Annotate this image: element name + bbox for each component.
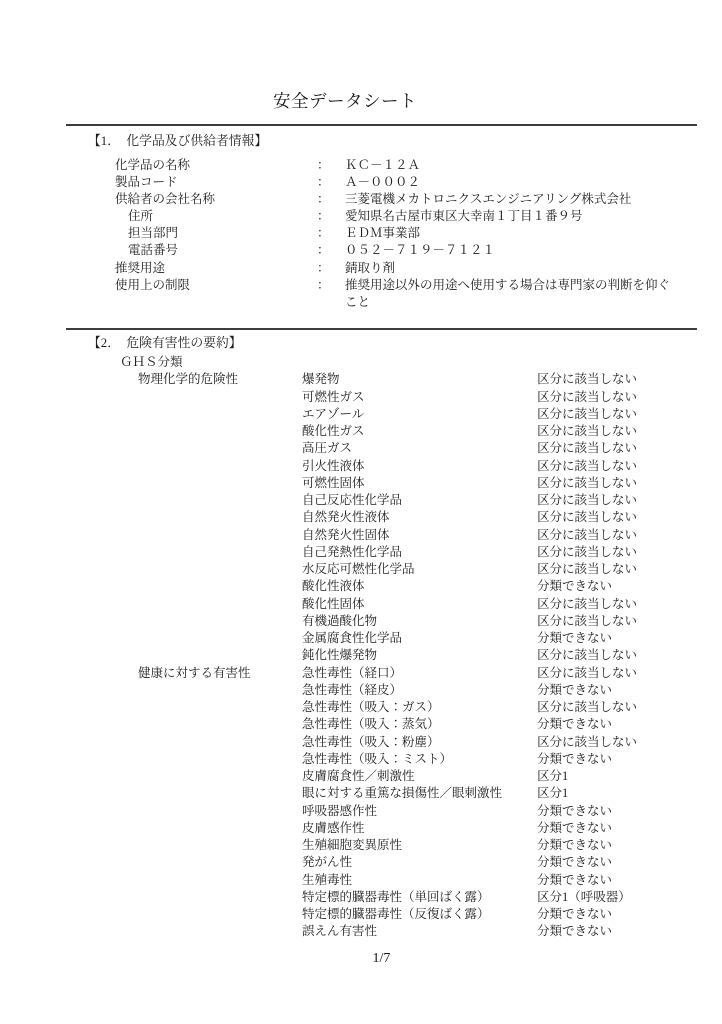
hazard-group-label: [66, 509, 302, 526]
hazard-group-label: [66, 561, 302, 578]
hazard-group-label: [66, 785, 302, 802]
hazard-classification: 区分に該当しない: [537, 699, 697, 716]
hazard-row: 高圧ガス区分に該当しない: [66, 440, 697, 457]
hazard-name: 酸化性固体: [302, 596, 537, 613]
hazard-classification: 区分に該当しない: [537, 389, 697, 406]
hazard-classification: 区分に該当しない: [537, 613, 697, 630]
hazard-classification: 分類できない: [537, 578, 697, 595]
hazard-classification: 区分に該当しない: [537, 423, 697, 440]
hazard-classification: 区分に該当しない: [537, 596, 697, 613]
hazard-classification: 分類できない: [537, 854, 697, 871]
hazard-classification: 区分1（呼吸器）: [537, 889, 697, 906]
document-title: 安全データシート: [0, 88, 690, 113]
info-row: 使用上の制限：推奨用途以外の用途へ使用する場合は専門家の判断を仰ぐ こと: [66, 277, 697, 311]
hazard-name: 呼吸器感作性: [302, 803, 537, 820]
hazard-group-label: [66, 492, 302, 509]
hazard-name: 可燃性ガス: [302, 389, 537, 406]
hazard-group-label: [66, 578, 302, 595]
hazard-classification: 区分に該当しない: [537, 371, 697, 388]
hazard-group-label: [66, 820, 302, 837]
hazard-classification: 区分に該当しない: [537, 665, 697, 682]
info-row: 電話番号：０５２－７１９－７１２１: [66, 242, 697, 259]
hazard-name: 引火性液体: [302, 458, 537, 475]
hazard-row: 生殖細胞変異原性分類できない: [66, 837, 697, 854]
hazard-name: 可燃性固体: [302, 475, 537, 492]
hazard-row: 皮膚腐食性／刺激性区分1: [66, 768, 697, 785]
info-row: 供給者の会社名称：三菱電機メカトロニクスエンジニアリング株式会社: [66, 191, 697, 208]
hazard-row: 自己発熱性化学品区分に該当しない: [66, 544, 697, 561]
hazard-classification: 分類できない: [537, 716, 697, 733]
colon-separator: ：: [317, 225, 345, 242]
hazard-classification: 区分に該当しない: [537, 544, 697, 561]
hazard-group-label: [66, 458, 302, 475]
hazard-classification: 分類できない: [537, 682, 697, 699]
hazard-row: 金属腐食性化学品分類できない: [66, 630, 697, 647]
hazard-group-label: [66, 423, 302, 440]
hazard-name: 急性毒性（吸入：ミスト）: [302, 751, 537, 768]
hazard-classification: 区分に該当しない: [537, 492, 697, 509]
hazard-name: 鈍化性爆発物: [302, 647, 537, 664]
field-value: 推奨用途以外の用途へ使用する場合は専門家の判断を仰ぐ こと: [345, 277, 697, 311]
hazard-row: 急性毒性（吸入：ガス）区分に該当しない: [66, 699, 697, 716]
hazard-name: 酸化性液体: [302, 578, 537, 595]
hazard-row: 自然発火性固体区分に該当しない: [66, 527, 697, 544]
hazard-name: 急性毒性（経口）: [302, 665, 537, 682]
hazard-row: 皮膚感作性分類できない: [66, 820, 697, 837]
field-label: 化学品の名称: [66, 157, 317, 174]
section-hazard-summary: 【2． 危険有害性の要約】 ＧＨＳ分類 物理化学的危険性爆発物区分に該当しない可…: [66, 335, 697, 941]
hazard-group-label: [66, 716, 302, 733]
hazard-classification: 区分に該当しない: [537, 440, 697, 457]
field-label: 住所: [66, 208, 317, 225]
hazard-classification: 分類できない: [537, 906, 697, 923]
hazard-row: 水反応可燃性化学品区分に該当しない: [66, 561, 697, 578]
hazard-classification: 分類できない: [537, 820, 697, 837]
hazard-group-label: [66, 630, 302, 647]
hazard-group-label: 健康に対する有害性: [66, 665, 302, 682]
info-row: 化学品の名称：ＫＣ－１２Ａ: [66, 157, 697, 174]
hazard-classification: 区分に該当しない: [537, 527, 697, 544]
hazard-name: 皮膚感作性: [302, 820, 537, 837]
hazard-row: 生殖毒性分類できない: [66, 872, 697, 889]
field-label: 使用上の制限: [66, 277, 317, 311]
hazard-row: 発がん性分類できない: [66, 854, 697, 871]
hazard-classification: 分類できない: [537, 803, 697, 820]
hazard-group-label: [66, 768, 302, 785]
field-label: 電話番号: [66, 242, 317, 259]
hazard-classification: 区分に該当しない: [537, 475, 697, 492]
hazard-row: 可燃性ガス区分に該当しない: [66, 389, 697, 406]
hazard-row: エアゾール区分に該当しない: [66, 406, 697, 423]
hazard-group-label: [66, 837, 302, 854]
hazard-row: 急性毒性（吸入：粉塵）区分に該当しない: [66, 734, 697, 751]
hazard-group-label: [66, 699, 302, 716]
field-value: ＫＣ－１２Ａ: [345, 157, 697, 174]
info-row: 住所：愛知県名古屋市東区大幸南１丁目１番９号: [66, 208, 697, 225]
hazard-classification: 区分1: [537, 785, 697, 802]
hazard-name: 急性毒性（吸入：粉塵）: [302, 734, 537, 751]
section-chemical-supplier-info: 【1． 化学品及び供給者情報】 化学品の名称：ＫＣ－１２Ａ製品コード：Ａ－０００…: [66, 133, 697, 311]
hazard-group-label: [66, 647, 302, 664]
hazard-name: 特定標的臓器毒性（反復ばく露）: [302, 906, 537, 923]
hazard-classification: 区分に該当しない: [537, 509, 697, 526]
hazard-classification: 分類できない: [537, 872, 697, 889]
hazard-row: 急性毒性（吸入：蒸気）分類できない: [66, 716, 697, 733]
hazard-row: 特定標的臓器毒性（単回ばく露）区分1（呼吸器）: [66, 889, 697, 906]
hazard-row: 有機過酸化物区分に該当しない: [66, 613, 697, 630]
hazard-group-label: [66, 923, 302, 940]
colon-separator: ：: [317, 191, 345, 208]
hazard-name: 自然発火性固体: [302, 527, 537, 544]
hazard-name: 酸化性ガス: [302, 423, 537, 440]
hazard-classification: 分類できない: [537, 751, 697, 768]
hazard-group-label: [66, 613, 302, 630]
field-value: 愛知県名古屋市東区大幸南１丁目１番９号: [345, 208, 697, 225]
hazard-row: 自然発火性液体区分に該当しない: [66, 509, 697, 526]
hazard-row: 急性毒性（吸入：ミスト）分類できない: [66, 751, 697, 768]
hazard-name: 高圧ガス: [302, 440, 537, 457]
hazard-group-label: [66, 803, 302, 820]
hazard-classification: 区分に該当しない: [537, 406, 697, 423]
hazard-row: 引火性液体区分に該当しない: [66, 458, 697, 475]
hazard-group-label: [66, 854, 302, 871]
hazard-row: 誤えん有害性分類できない: [66, 923, 697, 940]
page-number: 1/7: [66, 951, 697, 967]
field-label: 担当部門: [66, 225, 317, 242]
hazard-name: 急性毒性（経皮）: [302, 682, 537, 699]
hazard-name: 眼に対する重篤な損傷性／眼刺激性: [302, 785, 537, 802]
ghs-classification-table: 物理化学的危険性爆発物区分に該当しない可燃性ガス区分に該当しないエアゾール区分に…: [66, 371, 697, 940]
hazard-group-label: [66, 389, 302, 406]
hazard-name: 急性毒性（吸入：ガス）: [302, 699, 537, 716]
hazard-row: 鈍化性爆発物区分に該当しない: [66, 647, 697, 664]
hazard-row: 物理化学的危険性爆発物区分に該当しない: [66, 371, 697, 388]
hazard-group-label: [66, 527, 302, 544]
info-row: 推奨用途：錆取り剤: [66, 260, 697, 277]
hazard-row: 健康に対する有害性急性毒性（経口）区分に該当しない: [66, 665, 697, 682]
hazard-classification: 分類できない: [537, 923, 697, 940]
hazard-classification: 区分に該当しない: [537, 458, 697, 475]
hazard-group-label: [66, 751, 302, 768]
supplier-info-table: 化学品の名称：ＫＣ－１２Ａ製品コード：Ａ－０００２供給者の会社名称：三菱電機メカ…: [66, 157, 697, 311]
hazard-name: 特定標的臓器毒性（単回ばく露）: [302, 889, 537, 906]
field-value: ０５２－７１９－７１２１: [345, 242, 697, 259]
field-value: 錆取り剤: [345, 260, 697, 277]
field-label: 製品コード: [66, 174, 317, 191]
hazard-group-label: [66, 889, 302, 906]
hazard-classification: 区分に該当しない: [537, 734, 697, 751]
info-row: 製品コード：Ａ－０００２: [66, 174, 697, 191]
hazard-name: 自然発火性液体: [302, 509, 537, 526]
hazard-name: エアゾール: [302, 406, 537, 423]
hazard-row: 特定標的臓器毒性（反復ばく露）分類できない: [66, 906, 697, 923]
title-divider-line: [66, 124, 697, 126]
hazard-row: 酸化性液体分類できない: [66, 578, 697, 595]
section1-heading: 【1． 化学品及び供給者情報】: [66, 133, 697, 150]
field-value: Ａ－０００２: [345, 174, 697, 191]
hazard-group-label: [66, 872, 302, 889]
ghs-classification-label: ＧＨＳ分類: [66, 354, 697, 371]
hazard-row: 酸化性固体区分に該当しない: [66, 596, 697, 613]
hazard-name: 爆発物: [302, 371, 537, 388]
hazard-name: 急性毒性（吸入：蒸気）: [302, 716, 537, 733]
hazard-classification: 分類できない: [537, 837, 697, 854]
info-row: 担当部門：ＥＤＭ事業部: [66, 225, 697, 242]
hazard-name: 発がん性: [302, 854, 537, 871]
hazard-name: 皮膚腐食性／刺激性: [302, 768, 537, 785]
hazard-group-label: 物理化学的危険性: [66, 371, 302, 388]
hazard-name: 自己反応性化学品: [302, 492, 537, 509]
hazard-group-label: [66, 406, 302, 423]
hazard-classification: 区分に該当しない: [537, 561, 697, 578]
field-label: 供給者の会社名称: [66, 191, 317, 208]
colon-separator: ：: [317, 277, 345, 311]
hazard-group-label: [66, 440, 302, 457]
section-divider-line: [66, 328, 697, 330]
hazard-name: 自己発熱性化学品: [302, 544, 537, 561]
field-value: ＥＤＭ事業部: [345, 225, 697, 242]
hazard-name: 金属腐食性化学品: [302, 630, 537, 647]
hazard-classification: 分類できない: [537, 630, 697, 647]
hazard-group-label: [66, 475, 302, 492]
hazard-group-label: [66, 734, 302, 751]
hazard-row: 酸化性ガス区分に該当しない: [66, 423, 697, 440]
hazard-row: 自己反応性化学品区分に該当しない: [66, 492, 697, 509]
colon-separator: ：: [317, 174, 345, 191]
hazard-name: 生殖毒性: [302, 872, 537, 889]
hazard-name: 誤えん有害性: [302, 923, 537, 940]
colon-separator: ：: [317, 242, 345, 259]
hazard-classification: 区分1: [537, 768, 697, 785]
hazard-group-label: [66, 596, 302, 613]
field-value: 三菱電機メカトロニクスエンジニアリング株式会社: [345, 191, 697, 208]
colon-separator: ：: [317, 157, 345, 174]
hazard-group-label: [66, 906, 302, 923]
field-label: 推奨用途: [66, 260, 317, 277]
hazard-group-label: [66, 682, 302, 699]
hazard-name: 水反応可燃性化学品: [302, 561, 537, 578]
hazard-row: 呼吸器感作性分類できない: [66, 803, 697, 820]
hazard-row: 急性毒性（経皮）分類できない: [66, 682, 697, 699]
sds-document-page: 安全データシート 【1． 化学品及び供給者情報】 化学品の名称：ＫＣ－１２Ａ製品…: [0, 0, 722, 1024]
hazard-name: 生殖細胞変異原性: [302, 837, 537, 854]
hazard-row: 可燃性固体区分に該当しない: [66, 475, 697, 492]
hazard-name: 有機過酸化物: [302, 613, 537, 630]
colon-separator: ：: [317, 260, 345, 277]
hazard-classification: 区分に該当しない: [537, 647, 697, 664]
section2-heading: 【2． 危険有害性の要約】: [66, 335, 697, 352]
colon-separator: ：: [317, 208, 345, 225]
hazard-group-label: [66, 544, 302, 561]
hazard-row: 眼に対する重篤な損傷性／眼刺激性区分1: [66, 785, 697, 802]
